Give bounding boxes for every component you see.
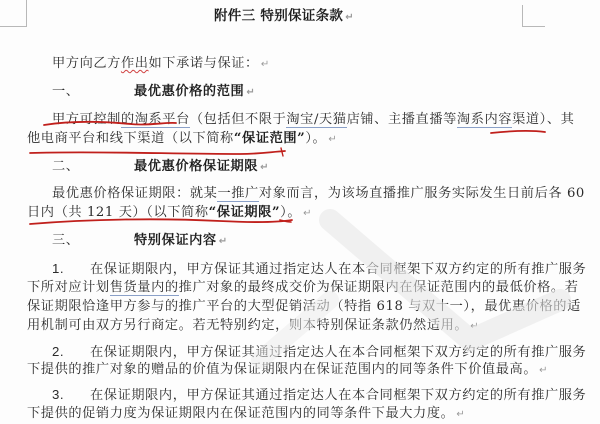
section-number: 二、 <box>52 159 134 175</box>
list-number: 2. <box>52 344 90 360</box>
paragraph-mark: ↵ <box>246 87 255 98</box>
section-1-line-2[interactable]: 他电商平台和线下渠道（以下简称“保证范围”）。↵ <box>27 131 337 148</box>
item-1-line-3[interactable]: 保证期限恰逢甲方参与的推广平台的大型促销活动（特指 618 与双十一），最优惠价… <box>27 299 581 315</box>
paragraph-mark: ↵ <box>219 236 228 247</box>
paragraph-mark: ↵ <box>539 365 548 376</box>
item-1-line-2[interactable]: 下所对应计划售货量内的推广对象的最终成交价为保证期限内在保证范围内的最低价格。若 <box>27 280 579 296</box>
item-2-line-2[interactable]: 下提供的推广对象的赠品的价值为保证期限内在保证范围内的同等条件下价值最高。↵ <box>27 362 548 379</box>
list-number: 3. <box>52 387 90 403</box>
section-2-line-2[interactable]: 日内（共 121 天）（以下简称“保证期限”）。↵ <box>27 205 312 222</box>
paragraph-mark: ↵ <box>303 208 312 219</box>
section-heading-2[interactable]: 二、最优惠价格保证期限↵ <box>52 159 269 176</box>
margin-corner-marker <box>522 5 545 27</box>
list-number: 1. <box>52 261 90 277</box>
paragraph-mark: ↵ <box>260 162 269 173</box>
item-1-line-4[interactable]: 用机制可由双方另行商定。若无特别约定，则本特别保证条款仍然适用。↵ <box>27 318 479 335</box>
section-number: 三、 <box>52 233 134 249</box>
paragraph-mark: ↵ <box>470 321 479 332</box>
document-page: 附件三 特别保证条款↵ 甲方向乙方作出如下承诺与保证：↵ 一、最优惠价格的范围↵… <box>0 0 600 424</box>
margin-corner-marker <box>0 0 27 27</box>
defined-term: “保证范围” <box>234 131 306 146</box>
paragraph-mark: ↵ <box>456 409 465 420</box>
paragraph-mark: ↵ <box>345 12 354 23</box>
section-heading-3[interactable]: 三、特别保证内容↵ <box>52 233 228 250</box>
item-3-line-1[interactable]: 3.在保证期限内，甲方保证其通过指定达人在本合同框架下双方约定的所有推广服务 <box>52 387 586 404</box>
section-number: 一、 <box>52 84 134 100</box>
section-1-line-1[interactable]: 甲方可控制的淘系平台（包括但不限于淘宝/天猫店铺、主播直播等淘系内容渠道）、其 <box>52 112 574 128</box>
section-2-line-1[interactable]: 最优惠价格保证期限：就某一推广对象而言，为该场直播推广服务实际发生日前后各 60 <box>52 186 585 202</box>
item-2-line-1[interactable]: 2.在保证期限内，甲方保证其通过指定达人在本合同框架下双方约定的所有推广服务 <box>52 344 586 361</box>
intro-paragraph[interactable]: 甲方向乙方作出如下承诺与保证：↵ <box>52 56 270 73</box>
paragraph-mark: ↵ <box>261 59 270 70</box>
paragraph-mark: ↵ <box>328 134 337 145</box>
item-1-line-1[interactable]: 1.在保证期限内，甲方保证其通过指定达人在本合同框架下双方约定的所有推广服务 <box>52 261 586 278</box>
spellcheck-mark: 作出 <box>121 56 149 71</box>
document-title: 附件三 特别保证条款↵ <box>214 8 354 26</box>
section-heading-1[interactable]: 一、最优惠价格的范围↵ <box>52 84 255 101</box>
defined-term: “保证期限” <box>209 205 281 220</box>
item-3-line-2[interactable]: 下提供的促销力度为保证期限内在保证范围内的同等条件下最大力度。↵ <box>27 406 465 423</box>
